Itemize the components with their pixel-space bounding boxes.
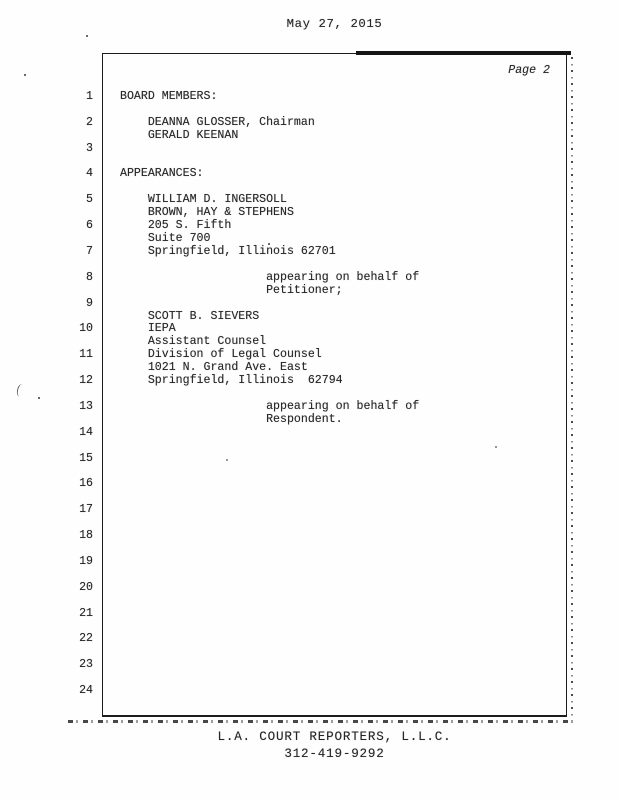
scan-artifact-top-border-smudge (356, 51, 571, 55)
line-number: 17 (0, 504, 93, 530)
transcript-line: SCOTT B. SIEVERS (120, 298, 560, 324)
transcript-line (120, 685, 560, 711)
transcript-text-row: DEANNA GLOSSER, Chairman (120, 117, 560, 130)
transcript-line (120, 427, 560, 453)
transcript-line (120, 633, 560, 659)
transcript-text-row: APPEARANCES: (120, 168, 560, 181)
transcript-body: BOARD MEMBERS: DEANNA GLOSSER, Chairman … (120, 91, 560, 711)
line-number: 22 (0, 633, 93, 659)
footer-phone: 312-419-9292 (102, 747, 567, 761)
line-number: 2 (0, 117, 93, 143)
line-number: 1 (0, 91, 93, 117)
line-number: 4 (0, 168, 93, 194)
scan-artifact-bottom-smudge (68, 720, 576, 723)
transcript-text-row: Springfield, Illinois 62794 (120, 375, 560, 388)
line-number: 11 (0, 349, 93, 375)
scan-artifact-dot (38, 397, 40, 399)
transcript-line: APPEARANCES: (120, 168, 560, 194)
transcript-line: Division of Legal Counsel 1021 N. Grand … (120, 349, 560, 375)
line-number-column: 123456789101112131415161718192021222324 (0, 91, 93, 711)
transcript-line (120, 659, 560, 685)
transcript-line: BOARD MEMBERS: (120, 91, 560, 117)
line-number: 16 (0, 478, 93, 504)
transcript-text-row: Springfield, Illinois 62701 (120, 246, 560, 259)
transcript-line: 205 S. Fifth Suite 700 (120, 220, 560, 246)
transcript-line: appearing on behalf of Petitioner; (120, 272, 560, 298)
scan-artifact-dot (86, 35, 88, 37)
transcript-line (120, 478, 560, 504)
line-number: 14 (0, 427, 93, 453)
scan-artifact-dot (268, 243, 270, 245)
transcript-text-row: BOARD MEMBERS: (120, 91, 560, 104)
footer-company: L.A. COURT REPORTERS, L.L.C. (102, 730, 567, 744)
line-number: 15 (0, 453, 93, 479)
transcript-line: DEANNA GLOSSER, Chairman GERALD KEENAN (120, 117, 560, 143)
scan-artifact-dot (226, 459, 228, 461)
line-number: 18 (0, 530, 93, 556)
transcript-line: Springfield, Illinois 62794 (120, 375, 560, 401)
line-number: 9 (0, 298, 93, 324)
line-number: 6 (0, 220, 93, 246)
scan-artifact-dot (24, 74, 26, 76)
transcript-text-row: appearing on behalf of (120, 401, 560, 414)
transcript-line (120, 608, 560, 634)
line-number: 8 (0, 272, 93, 298)
transcript-line (120, 530, 560, 556)
line-number: 10 (0, 323, 93, 349)
transcript-line: IEPA Assistant Counsel (120, 323, 560, 349)
transcript-line: WILLIAM D. INGERSOLL BROWN, HAY & STEPHE… (120, 194, 560, 220)
line-number: 23 (0, 659, 93, 685)
line-number: 12 (0, 375, 93, 401)
transcript-line (120, 582, 560, 608)
line-number: 13 (0, 401, 93, 427)
line-number: 21 (0, 608, 93, 634)
line-number: 7 (0, 246, 93, 272)
transcript-line (120, 143, 560, 169)
transcript-line: appearing on behalf of Respondent. (120, 401, 560, 427)
header-date: May 27, 2015 (102, 17, 567, 31)
transcript-line (120, 556, 560, 582)
transcript-text-row: SCOTT B. SIEVERS (120, 311, 560, 324)
line-number: 5 (0, 194, 93, 220)
line-number: 20 (0, 582, 93, 608)
transcript-text-row: Respondent. (120, 414, 560, 427)
transcript-text-row: GERALD KEENAN (120, 130, 560, 143)
line-number: 24 (0, 685, 93, 711)
line-number: 19 (0, 556, 93, 582)
transcript-text-row: Suite 700 (120, 233, 560, 246)
scanned-transcript-page: May 27, 2015 Page 2 12345678910111213141… (0, 0, 618, 800)
page-number-label: Page 2 (102, 64, 550, 77)
scan-artifact-right-dotted-line (571, 57, 573, 719)
transcript-line (120, 504, 560, 530)
scan-artifact-dot (495, 446, 497, 448)
transcript-line (120, 453, 560, 479)
transcript-text-row (120, 298, 560, 311)
transcript-text-row: Petitioner; (120, 285, 560, 298)
transcript-line: Springfield, Illinois 62701 (120, 246, 560, 272)
line-number: 3 (0, 143, 93, 169)
transcript-text-row: appearing on behalf of (120, 272, 560, 285)
